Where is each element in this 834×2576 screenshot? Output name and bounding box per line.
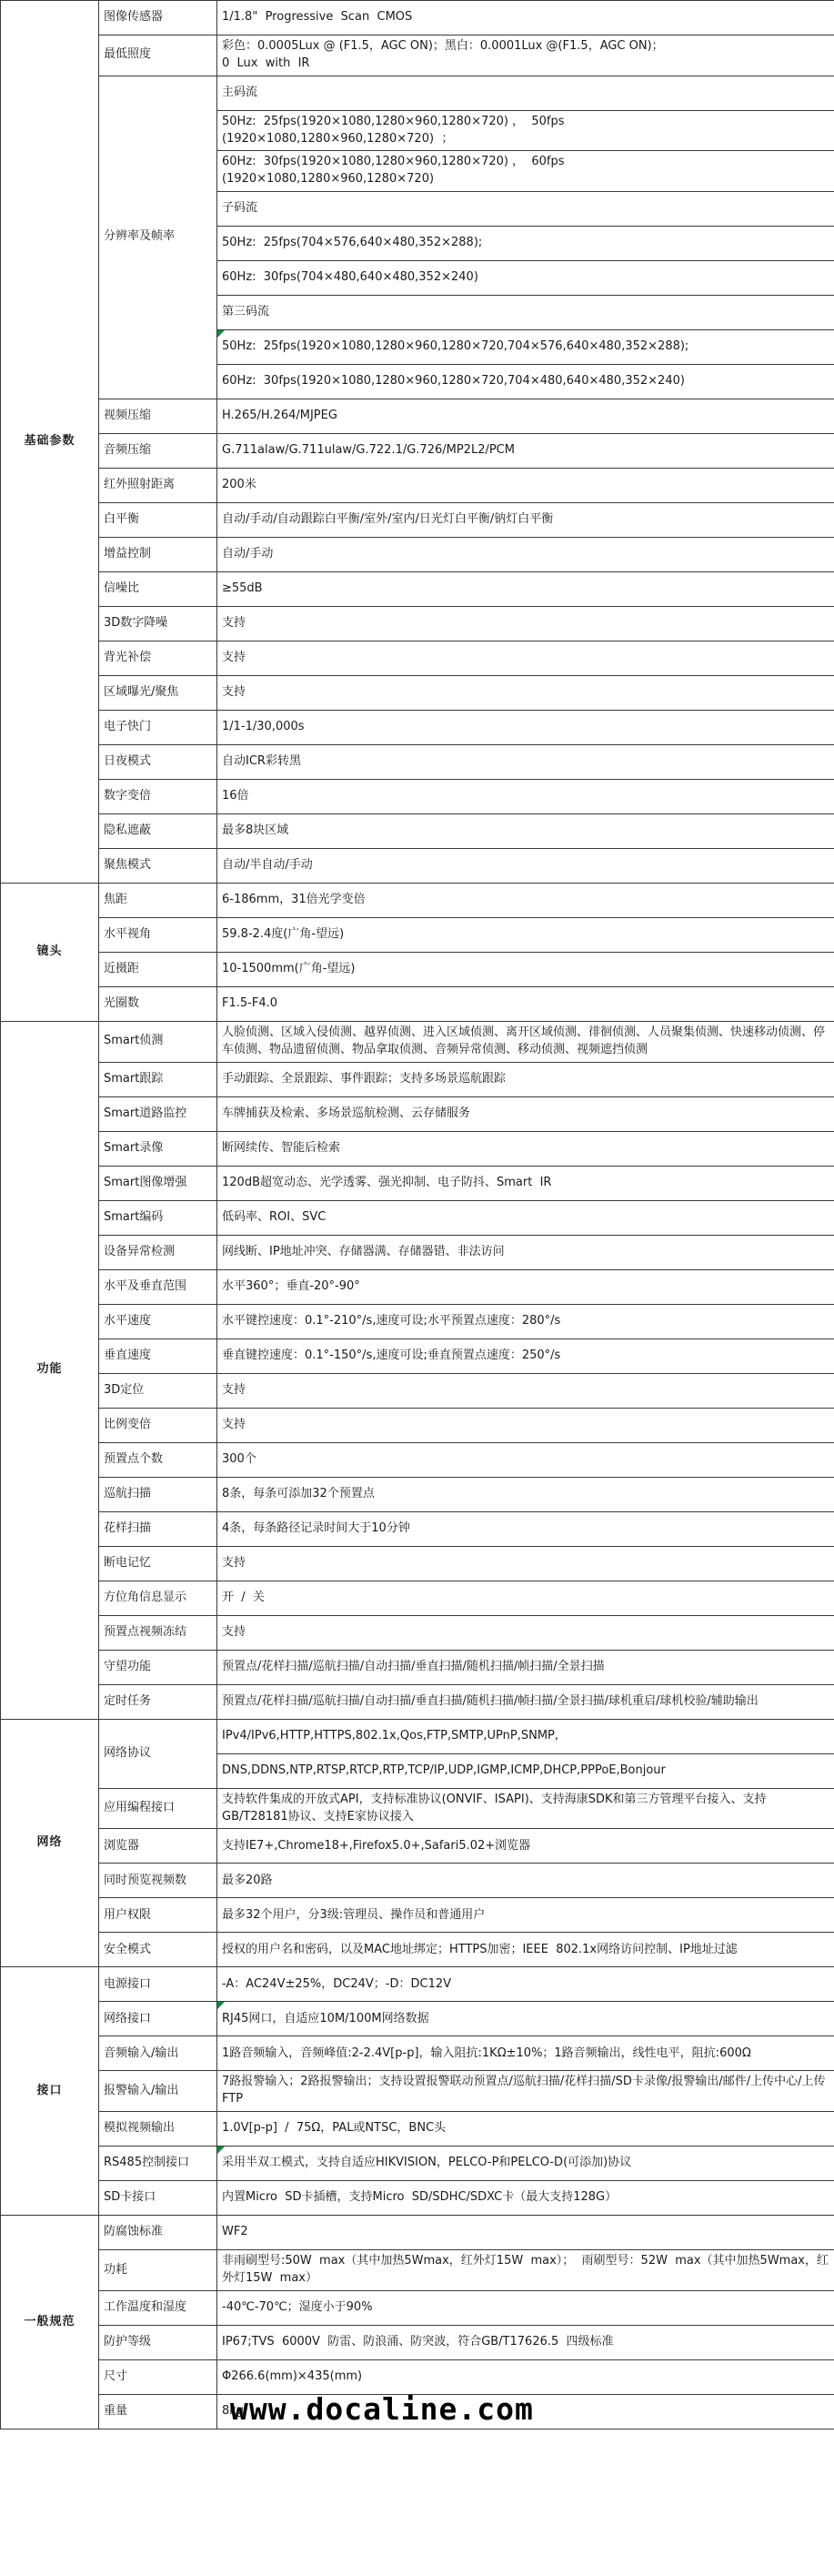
param-label: 预置点视频冻结 [99, 1615, 217, 1650]
section-label: 接口 [1, 1967, 99, 2216]
spec-row: 增益控制自动/手动 [1, 538, 834, 572]
param-label: Smart跟踪 [99, 1062, 217, 1096]
spec-row: 镜头焦距6-186mm，31倍光学变倍 [1, 884, 834, 918]
param-value: 60Hz: 30fps(1920×1080,1280×960,1280×720,… [217, 365, 834, 399]
spec-row: Smart图像增强120dB超宽动态、光学透雾、强光抑制、电子防抖、Smart … [1, 1166, 834, 1200]
param-value: 支持 [217, 1615, 834, 1650]
param-label: Smart录像 [99, 1131, 217, 1166]
param-value: 彩色：0.0005Lux @ (F1.5，AGC ON)；黑白：0.0001Lu… [217, 35, 834, 76]
param-label: 安全模式 [99, 1933, 217, 1967]
spec-row: 比例变倍支持 [1, 1408, 834, 1442]
spec-row: Smart录像断网续传、智能后检索 [1, 1131, 834, 1166]
param-label: 光圈数 [99, 987, 217, 1022]
param-value: DNS,DDNS,NTP,RTSP,RTCP,RTP,TCP/IP,UDP,IG… [217, 1753, 834, 1788]
param-label: 浏览器 [99, 1829, 217, 1864]
spec-row: 浏览器支持IE7+,Chrome18+,Firefox5.0+,Safari5.… [1, 1829, 834, 1864]
param-value: F1.5-F4.0 [217, 987, 834, 1022]
spec-row: 红外照射距离200米 [1, 469, 834, 503]
param-value: 10-1500mm(广角-望远) [217, 953, 834, 987]
param-label: SD卡接口 [99, 2181, 217, 2216]
param-label: 焦距 [99, 884, 217, 918]
param-label: 断电记忆 [99, 1546, 217, 1581]
param-label: 信噪比 [99, 572, 217, 607]
spec-table: 基础参数图像传感器1/1.8" Progressive Scan CMOS最低照… [0, 0, 834, 2430]
spec-row: 背光补偿支持 [1, 641, 834, 676]
param-value: 人脸侦测、区域入侵侦测、越界侦测、进入区域侦测、离开区域侦测、徘徊侦测、人员聚集… [217, 1022, 834, 1063]
param-label: Smart图像增强 [99, 1166, 217, 1200]
param-value: 自动/手动/自动跟踪白平衡/室外/室内/日光灯白平衡/钠灯白平衡 [217, 503, 834, 538]
section-label: 镜头 [1, 884, 99, 1022]
spec-row: 用户权限最多32个用户，分3级:管理员、操作员和普通用户 [1, 1898, 834, 1933]
spec-row: 音频输入/输出1路音频输入，音频峰值:2-2.4V[p-p]，输入阻抗:1KΩ±… [1, 2036, 834, 2071]
param-label: 聚焦模式 [99, 849, 217, 884]
spec-row: 白平衡自动/手动/自动跟踪白平衡/室外/室内/日光灯白平衡/钠灯白平衡 [1, 503, 834, 538]
spec-row: Smart跟踪手动跟踪、全景跟踪、事件跟踪；支持多场景巡航跟踪 [1, 1062, 834, 1096]
param-value: 50Hz: 25fps(704×576,640×480,352×288); [217, 227, 834, 261]
param-label: 区域曝光/聚焦 [99, 676, 217, 711]
param-label: 重量 [99, 2394, 217, 2429]
param-label: 电源接口 [99, 1967, 217, 2002]
param-label: 工作温度和湿度 [99, 2290, 217, 2325]
param-value: 支持 [217, 641, 834, 676]
param-value: 非雨刷型号:50W max（其中加热5Wmax，红外灯15W max）； 雨刷型… [217, 2250, 834, 2291]
param-value: 50Hz: 25fps(1920×1080,1280×960,1280×720)… [217, 110, 834, 151]
spec-row: 安全模式授权的用户名和密码，以及MAC地址绑定；HTTPS加密；IEEE 802… [1, 1933, 834, 1967]
spec-row: 近摄距10-1500mm(广角-望远) [1, 953, 834, 987]
param-label: 水平及垂直范围 [99, 1269, 217, 1304]
param-label: 模拟视频输出 [99, 2112, 217, 2147]
spec-row: 3D定位支持 [1, 1373, 834, 1408]
comment-marker-icon [217, 2002, 225, 2009]
spec-row: 防护等级IP67;TVS 6000V 防雷、防浪涌、防突波，符合GB/T1762… [1, 2325, 834, 2359]
param-label: 音频输入/输出 [99, 2036, 217, 2071]
param-value: 16倍 [217, 780, 834, 814]
param-value: 自动ICR彩转黑 [217, 745, 834, 780]
param-label: 垂直速度 [99, 1339, 217, 1373]
param-value: 授权的用户名和密码，以及MAC地址绑定；HTTPS加密；IEEE 802.1x网… [217, 1933, 834, 1967]
spec-row: 光圈数F1.5-F4.0 [1, 987, 834, 1022]
spec-row: 一般规范防腐蚀标准WF2 [1, 2216, 834, 2250]
spec-row: Smart编码低码率、ROI、SVC [1, 1200, 834, 1235]
param-label: 设备异常检测 [99, 1235, 217, 1269]
param-value: 59.8-2.4度(广角-望远) [217, 918, 834, 953]
param-label: 红外照射距离 [99, 469, 217, 503]
param-value: 支持 [217, 676, 834, 711]
spec-row: 预置点视频冻结支持 [1, 1615, 834, 1650]
section-label: 基础参数 [1, 1, 99, 884]
param-value: 支持 [217, 1408, 834, 1442]
param-label: 巡航扫描 [99, 1477, 217, 1511]
param-value: H.265/H.264/MJPEG [217, 399, 834, 434]
param-value: 支持 [217, 1373, 834, 1408]
param-value: 最多32个用户，分3级:管理员、操作员和普通用户 [217, 1898, 834, 1933]
param-label: 网络协议 [99, 1719, 217, 1788]
param-label: 用户权限 [99, 1898, 217, 1933]
param-value: 预置点/花样扫描/巡航扫描/自动扫描/垂直扫描/随机扫描/帧扫描/全景扫描/球机… [217, 1684, 834, 1719]
param-label: 预置点个数 [99, 1442, 217, 1477]
param-value: ≥55dB [217, 572, 834, 607]
param-value: 1.0V[p-p] / 75Ω，PAL或NTSC，BNC头 [217, 2112, 834, 2147]
spec-row: 水平速度水平键控速度：0.1°-210°/s,速度可设;水平预置点速度：280°… [1, 1304, 834, 1339]
param-label: 图像传感器 [99, 1, 217, 35]
param-label: 功耗 [99, 2250, 217, 2291]
spec-row: 接口电源接口-A：AC24V±25%，DC24V；-D：DC12V [1, 1967, 834, 2002]
param-value: WF2 [217, 2216, 834, 2250]
param-value: 最多8块区域 [217, 814, 834, 849]
param-label: 守望功能 [99, 1650, 217, 1684]
param-label: 尺寸 [99, 2359, 217, 2394]
param-label: RS485控制接口 [99, 2147, 217, 2181]
spec-row: 网络网络协议IPv4/IPv6,HTTP,HTTPS,802.1x,Qos,FT… [1, 1719, 834, 1753]
spec-row: 功能Smart侦测人脸侦测、区域入侵侦测、越界侦测、进入区域侦测、离开区域侦测、… [1, 1022, 834, 1063]
param-label: 白平衡 [99, 503, 217, 538]
param-label: 分辨率及帧率 [99, 76, 217, 399]
param-value: 1/1-1/30,000s [217, 711, 834, 745]
spec-sheet: 基础参数图像传感器1/1.8" Progressive Scan CMOS最低照… [0, 0, 834, 2430]
spec-row: 花样扫描4条，每条路径记录时间大于10分钟 [1, 1511, 834, 1546]
spec-row: 应用编程接口支持软件集成的开放式API，支持标准协议(ONVIF、ISAPI)、… [1, 1788, 834, 1829]
param-value: G.711alaw/G.711ulaw/G.722.1/G.726/MP2L2/… [217, 434, 834, 469]
param-label: 隐私遮蔽 [99, 814, 217, 849]
spec-row: 3D数字降噪支持 [1, 607, 834, 641]
param-label: 3D数字降噪 [99, 607, 217, 641]
spec-row: 分辨率及帧率主码流 [1, 76, 834, 110]
spec-row: 报警输入/输出7路报警输入；2路报警输出；支持设置报警联动预置点/巡航扫描/花样… [1, 2071, 834, 2112]
param-value: 最多20路 [217, 1864, 834, 1898]
spec-row: 功耗非雨刷型号:50W max（其中加热5Wmax，红外灯15W max）； 雨… [1, 2250, 834, 2291]
spec-row: 数字变倍16倍 [1, 780, 834, 814]
spec-row: Smart道路监控车牌捕获及检索、多场景巡航检测、云存储服务 [1, 1096, 834, 1131]
param-value: 8条，每条可添加32个预置点 [217, 1477, 834, 1511]
param-value: 支持IE7+,Chrome18+,Firefox5.0+,Safari5.02+… [217, 1829, 834, 1864]
param-value: 断网续传、智能后检索 [217, 1131, 834, 1166]
param-label: 水平视角 [99, 918, 217, 953]
param-label: 同时预览视频数 [99, 1864, 217, 1898]
param-label: 水平速度 [99, 1304, 217, 1339]
param-value: 水平键控速度：0.1°-210°/s,速度可设;水平预置点速度：280°/s [217, 1304, 834, 1339]
param-label: 近摄距 [99, 953, 217, 987]
spec-row: 垂直速度垂直键控速度：0.1°-150°/s,速度可设;垂直预置点速度：250°… [1, 1339, 834, 1373]
spec-row: 电子快门1/1-1/30,000s [1, 711, 834, 745]
param-label: Smart道路监控 [99, 1096, 217, 1131]
param-value: 自动/手动 [217, 538, 834, 572]
param-value: 50Hz: 25fps(1920×1080,1280×960,1280×720,… [217, 330, 834, 365]
spec-row: 日夜模式自动ICR彩转黑 [1, 745, 834, 780]
param-label: 防腐蚀标准 [99, 2216, 217, 2250]
param-value: 200米 [217, 469, 834, 503]
param-value: Φ266.6(mm)×435(mm) [217, 2359, 834, 2394]
param-value: 7路报警输入；2路报警输出；支持设置报警联动预置点/巡航扫描/花样扫描/SD卡录… [217, 2071, 834, 2112]
param-value: 60Hz: 30fps(1920×1080,1280×960,1280×720)… [217, 151, 834, 192]
param-value: 300个 [217, 1442, 834, 1477]
spec-row: 音频压缩G.711alaw/G.711ulaw/G.722.1/G.726/MP… [1, 434, 834, 469]
param-value: 手动跟踪、全景跟踪、事件跟踪；支持多场景巡航跟踪 [217, 1062, 834, 1096]
param-value: 支持 [217, 607, 834, 641]
param-label: 背光补偿 [99, 641, 217, 676]
param-label: 报警输入/输出 [99, 2071, 217, 2112]
param-value: 主码流 [217, 76, 834, 110]
spec-row: 基础参数图像传感器1/1.8" Progressive Scan CMOS [1, 1, 834, 35]
param-label: 最低照度 [99, 35, 217, 76]
param-value: -A：AC24V±25%，DC24V；-D：DC12V [217, 1967, 834, 2002]
param-label: 花样扫描 [99, 1511, 217, 1546]
spec-row: SD卡接口内置Micro SD卡插槽，支持Micro SD/SDHC/SDXC卡… [1, 2181, 834, 2216]
param-value: 子码流 [217, 192, 834, 227]
param-label: Smart侦测 [99, 1022, 217, 1063]
param-value: 支持 [217, 1546, 834, 1581]
param-label: 应用编程接口 [99, 1788, 217, 1829]
spec-row: 尺寸Φ266.6(mm)×435(mm) [1, 2359, 834, 2394]
param-label: 3D定位 [99, 1373, 217, 1408]
param-label: 定时任务 [99, 1684, 217, 1719]
param-label: 增益控制 [99, 538, 217, 572]
param-value: 内置Micro SD卡插槽，支持Micro SD/SDHC/SDXC卡（最大支持… [217, 2181, 834, 2216]
spec-row: 工作温度和湿度-40℃-70℃；湿度小于90% [1, 2290, 834, 2325]
param-value: RJ45网口，自适应10M/100M网络数据 [217, 2002, 834, 2036]
spec-row: 预置点个数300个 [1, 1442, 834, 1477]
param-value: 6-186mm，31倍光学变倍 [217, 884, 834, 918]
param-label: 电子快门 [99, 711, 217, 745]
param-label: 方位角信息显示 [99, 1581, 217, 1615]
param-value: 采用半双工模式，支持自适应HIKVISION，PELCO-P和PELCO-D(可… [217, 2147, 834, 2181]
comment-marker-icon [217, 2147, 225, 2154]
param-value: 水平360°；垂直-20°-90° [217, 1269, 834, 1304]
param-label: Smart编码 [99, 1200, 217, 1235]
param-label: 音频压缩 [99, 434, 217, 469]
param-label: 防护等级 [99, 2325, 217, 2359]
spec-row: 模拟视频输出1.0V[p-p] / 75Ω，PAL或NTSC，BNC头 [1, 2112, 834, 2147]
spec-row: 视频压缩H.265/H.264/MJPEG [1, 399, 834, 434]
comment-marker-icon [217, 330, 225, 338]
param-value: 第三码流 [217, 296, 834, 330]
param-value: 4条，每条路径记录时间大于10分钟 [217, 1511, 834, 1546]
param-value: IP67;TVS 6000V 防雷、防浪涌、防突波，符合GB/T17626.5 … [217, 2325, 834, 2359]
param-value: 支持软件集成的开放式API，支持标准协议(ONVIF、ISAPI)、支持海康SD… [217, 1788, 834, 1829]
param-label: 比例变倍 [99, 1408, 217, 1442]
spec-row: 信噪比≥55dB [1, 572, 834, 607]
param-value: 自动/半自动/手动 [217, 849, 834, 884]
param-value: 车牌捕获及检索、多场景巡航检测、云存储服务 [217, 1096, 834, 1131]
param-label: 数字变倍 [99, 780, 217, 814]
param-label: 网络接口 [99, 2002, 217, 2036]
spec-row: 断电记忆支持 [1, 1546, 834, 1581]
section-label: 网络 [1, 1719, 99, 1967]
watermark: www.docaline.com [230, 2391, 534, 2427]
spec-row: 守望功能预置点/花样扫描/巡航扫描/自动扫描/垂直扫描/随机扫描/帧扫描/全景扫… [1, 1650, 834, 1684]
param-value: 60Hz: 30fps(704×480,640×480,352×240) [217, 261, 834, 296]
spec-row: 网络接口RJ45网口，自适应10M/100M网络数据 [1, 2002, 834, 2036]
param-value: 1/1.8" Progressive Scan CMOS [217, 1, 834, 35]
spec-row: 区域曝光/聚焦支持 [1, 676, 834, 711]
param-value: 低码率、ROI、SVC [217, 1200, 834, 1235]
spec-row: 设备异常检测网线断、IP地址冲突、存储器满、存储器错、非法访问 [1, 1235, 834, 1269]
spec-row: 方位角信息显示开 / 关 [1, 1581, 834, 1615]
spec-row: 水平及垂直范围水平360°；垂直-20°-90° [1, 1269, 834, 1304]
spec-row: RS485控制接口采用半双工模式，支持自适应HIKVISION，PELCO-P和… [1, 2147, 834, 2181]
spec-row: 同时预览视频数最多20路 [1, 1864, 834, 1898]
param-label: 日夜模式 [99, 745, 217, 780]
spec-row: 水平视角59.8-2.4度(广角-望远) [1, 918, 834, 953]
param-value: 开 / 关 [217, 1581, 834, 1615]
param-label: 视频压缩 [99, 399, 217, 434]
param-value: 预置点/花样扫描/巡航扫描/自动扫描/垂直扫描/随机扫描/帧扫描/全景扫描 [217, 1650, 834, 1684]
spec-row: 隐私遮蔽最多8块区域 [1, 814, 834, 849]
spec-row: 定时任务预置点/花样扫描/巡航扫描/自动扫描/垂直扫描/随机扫描/帧扫描/全景扫… [1, 1684, 834, 1719]
section-label: 功能 [1, 1022, 99, 1720]
spec-row: 最低照度彩色：0.0005Lux @ (F1.5，AGC ON)；黑白：0.00… [1, 35, 834, 76]
section-label: 一般规范 [1, 2216, 99, 2430]
param-value: -40℃-70℃；湿度小于90% [217, 2290, 834, 2325]
param-value: 120dB超宽动态、光学透雾、强光抑制、电子防抖、Smart IR [217, 1166, 834, 1200]
param-value: 垂直键控速度：0.1°-150°/s,速度可设;垂直预置点速度：250°/s [217, 1339, 834, 1373]
param-value: IPv4/IPv6,HTTP,HTTPS,802.1x,Qos,FTP,SMTP… [217, 1719, 834, 1753]
spec-row: 巡航扫描8条，每条可添加32个预置点 [1, 1477, 834, 1511]
spec-row: 聚焦模式自动/半自动/手动 [1, 849, 834, 884]
param-value: 1路音频输入，音频峰值:2-2.4V[p-p]，输入阻抗:1KΩ±10%；1路音… [217, 2036, 834, 2071]
param-value: 网线断、IP地址冲突、存储器满、存储器错、非法访问 [217, 1235, 834, 1269]
